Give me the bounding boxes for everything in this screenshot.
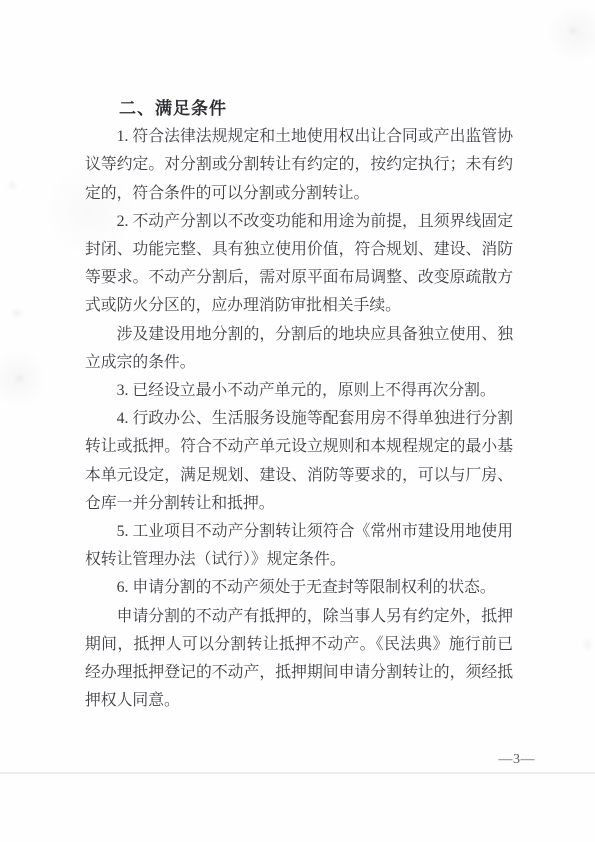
- paragraph-2: 2. 不动产分割以不改变功能和用途为前提，且须界线固定封闭、功能完整、具有独立使…: [85, 208, 513, 321]
- paragraph-3: 涉及建设用地分割的，分割后的地块应具备独立使用、独立成宗的条件。: [85, 321, 513, 377]
- paragraph-5: 4. 行政办公、生活服务设施等配套用房不得单独进行分割转让或抵押。符合不动产单元…: [85, 405, 513, 518]
- paragraph-7: 6. 申请分割的不动产须处于无查封等限制权利的状态。: [85, 574, 513, 602]
- scan-artifact: [9, 183, 16, 188]
- scan-artifact: [569, 28, 576, 33]
- scan-artifact: [13, 310, 21, 316]
- scan-artifact: [585, 640, 590, 649]
- page-number: —3—: [499, 752, 536, 768]
- paragraph-6: 5. 工业项目不动产分割转让须符合《常州市建设用地使用权转让管理办法（试行）》规…: [85, 518, 513, 574]
- paragraph-4: 3. 已经设立最小不动产单元的，原则上不得再次分割。: [85, 377, 513, 405]
- paragraph-8: 申请分割的不动产有抵押的，除当事人另有约定外，抵押期间，抵押人可以分割转让抵押不…: [85, 603, 513, 716]
- scan-artifact: [17, 376, 23, 381]
- scan-fold-line: [0, 772, 595, 774]
- document-page: 二、满足条件 1. 符合法律法规规定和土地使用权出让合同或产出监管协议等约定。对…: [0, 0, 595, 842]
- section-heading: 二、满足条件: [85, 95, 513, 123]
- document-body: 二、满足条件 1. 符合法律法规规定和土地使用权出让合同或产出监管协议等约定。对…: [85, 95, 513, 715]
- paragraph-1: 1. 符合法律法规规定和土地使用权出让合同或产出监管协议等约定。对分割或分割转让…: [85, 123, 513, 208]
